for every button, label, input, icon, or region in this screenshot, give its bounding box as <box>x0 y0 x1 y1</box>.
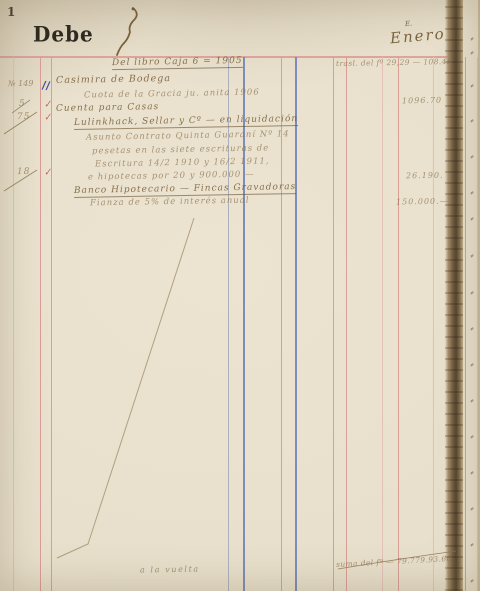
entry-line: Lulinkhack, Sellar y Cº — en liquidación <box>74 114 298 130</box>
ruled-line <box>295 57 297 591</box>
ruled-line <box>40 57 41 591</box>
ruled-line <box>13 57 14 591</box>
entry-line: Casimira de Bodega <box>56 73 171 86</box>
ledger-page: 1 Debe E.Enero № 149 5 75 18 // ✓ ✓ ✓ De… <box>0 0 480 591</box>
pen-flourish-dot <box>132 8 135 11</box>
ruled-line <box>333 57 334 591</box>
ruled-line <box>382 57 383 591</box>
ruled-line <box>51 57 52 591</box>
pen-flourish <box>117 8 137 55</box>
red-check-mark: ✓ <box>43 112 52 123</box>
red-check-mark: ✓ <box>43 167 52 178</box>
margin-folio-3: 75 <box>17 112 31 122</box>
footer-total: suma del fº — 79.779.93.60 <box>336 554 452 569</box>
carryover-amount: trasl. del fº 29,29 — 108.45 <box>336 57 452 68</box>
entry-line: Fianza de 5% de interés anual <box>90 196 250 209</box>
entry-line: Asunto Contrato Quinta Guaraní Nº 14 <box>86 129 290 143</box>
entry-line: e hipotecas por 20 y 900.000 — <box>88 170 255 183</box>
entry-title: Del libro Caja 6 = 1905 <box>112 56 243 70</box>
ruled-line <box>398 57 399 591</box>
amount-value: 150.000.— <box>396 197 449 207</box>
ruled-line <box>346 57 347 591</box>
ruled-line <box>465 57 466 591</box>
entry-line: Cuenta para Casas <box>56 102 159 114</box>
month-text: Enero <box>389 25 446 48</box>
footer-carry-note: a la vuelta <box>140 564 200 574</box>
month-heading: E.Enero <box>389 25 446 48</box>
red-check-mark: ✓ <box>43 99 52 110</box>
month-superscript: E. <box>405 19 413 28</box>
book-gutter <box>445 0 463 591</box>
margin-folio-2: 5 <box>19 99 26 109</box>
amount-value: 26.190. <box>406 171 444 181</box>
entry-line: Banco Hipotecario — Fincas Gravadoras <box>74 182 296 198</box>
blue-tally-mark: // <box>41 79 50 93</box>
debit-heading: Debe <box>33 21 94 47</box>
margin-folio-1: № 149 <box>8 79 34 88</box>
ruled-line <box>433 57 434 591</box>
amount-value: 1096.70 <box>402 96 442 106</box>
diagonal-void-stroke <box>57 218 194 558</box>
margin-folio-4: 18 <box>17 167 31 177</box>
entry-line: Cuota de la Gracia ju. anita 1906 <box>84 87 260 100</box>
page-number: 1 <box>7 5 15 19</box>
